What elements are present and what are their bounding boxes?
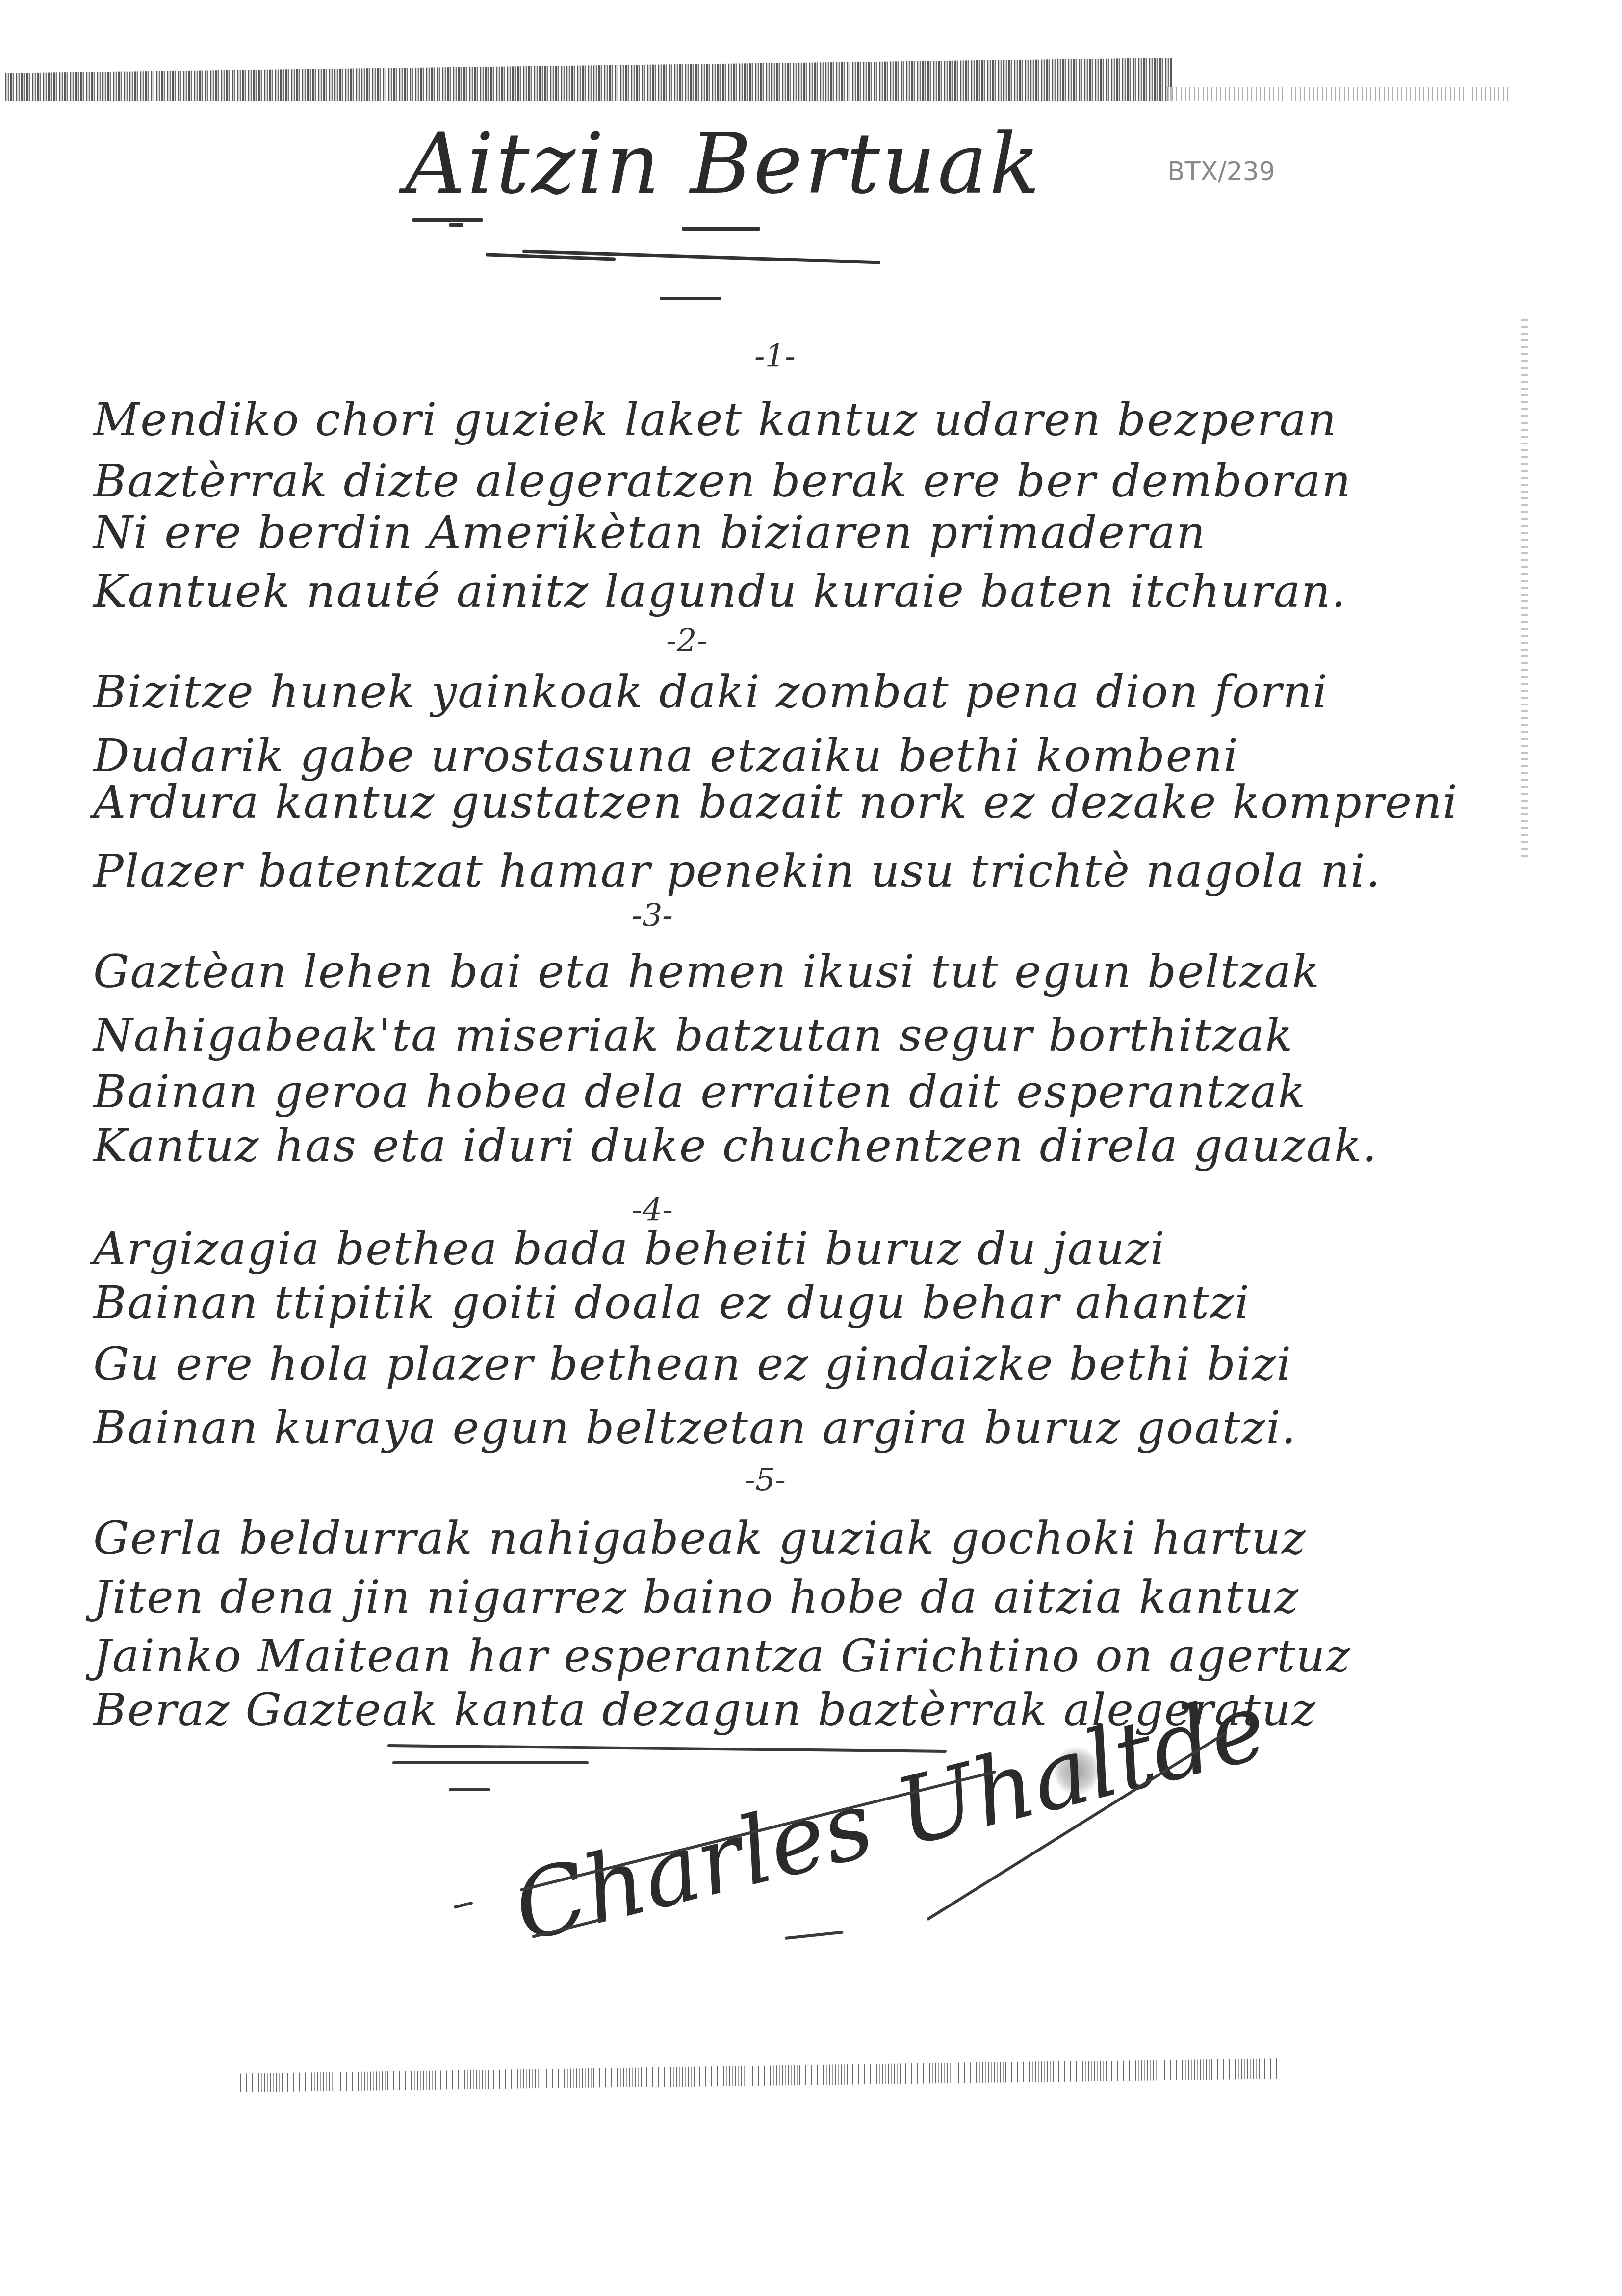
- title-underline-mid: [449, 223, 463, 227]
- verse-line: Plazer batentzat hamar penekin usu trich…: [93, 849, 1368, 894]
- verse-line: Nahigabeak'ta miseriak batzutan segur bo…: [93, 1013, 1368, 1058]
- verse-line: Gu ere hola plazer bethean ez gindaizke …: [93, 1342, 1368, 1387]
- closing-rule-3: [449, 1788, 490, 1791]
- verse-line: Ardura kantuz gustatzen bazait nork ez d…: [93, 780, 1368, 825]
- scanner-edge-artifact-bottom: [240, 2058, 1280, 2092]
- verse-line: Gaztèan lehen bai eta hemen ikusi tut eg…: [93, 949, 1368, 994]
- title-divider-lower: [660, 297, 721, 300]
- verse-line: Bainan ttipitik goiti doala ez dugu beha…: [93, 1280, 1368, 1326]
- stanza-number-1: -1-: [726, 339, 824, 375]
- scanner-edge-artifact-top: [5, 58, 1172, 101]
- verse-line: Kantuz has eta iduri duke chuchentzen di…: [93, 1123, 1368, 1169]
- verse-line: Ni ere berdin Amerikètan biziaren primad…: [93, 510, 1368, 555]
- scanner-edge-artifact-right: [1521, 319, 1528, 859]
- title-underline-long: [682, 227, 760, 231]
- closing-rule-2: [392, 1761, 589, 1764]
- stanza-number-2: -2-: [638, 623, 736, 659]
- verse-line: Bainan kuraya egun beltzetan argira buru…: [93, 1406, 1368, 1451]
- signature-dash-left: [453, 1901, 473, 1908]
- stanza-number-5: -5-: [716, 1462, 814, 1498]
- signature-dash-far: [785, 1931, 844, 1940]
- stanza-number-3: -3-: [603, 898, 701, 934]
- title-underline-left: [412, 218, 483, 222]
- verse-line: Argizagia bethea bada beheiti buruz du j…: [93, 1226, 1368, 1272]
- closing-rule-1: [387, 1744, 947, 1753]
- scanner-edge-artifact-top-tail: [1167, 87, 1511, 101]
- verse-line: Jiten dena jin nigarrez baino hobe da ai…: [93, 1575, 1368, 1620]
- verse-line: Jainko Maitean har esperantza Girichtino…: [93, 1634, 1368, 1679]
- page-title: Aitzin Bertuak: [392, 123, 1055, 206]
- verse-line: Dudarik gabe urostasuna etzaiku bethi ko…: [93, 733, 1368, 779]
- verse-line: Bainan geroa hobea dela erraiten dait es…: [93, 1070, 1368, 1115]
- verse-line: Baztèrrak dizte alegeratzen berak ere be…: [93, 459, 1368, 504]
- verse-line: Kantuek nauté ainitz lagundu kuraie bate…: [93, 569, 1368, 614]
- verse-line: Gerla beldurrak nahigabeak guziak gochok…: [93, 1516, 1368, 1561]
- verse-line: Bizitze hunek yainkoak daki zombat pena …: [93, 670, 1368, 715]
- verse-line: Mendiko chori guziek laket kantuz udaren…: [93, 397, 1368, 443]
- archive-reference: BTX/239: [1167, 157, 1275, 186]
- title-block: Aitzin Bertuak: [392, 123, 1055, 206]
